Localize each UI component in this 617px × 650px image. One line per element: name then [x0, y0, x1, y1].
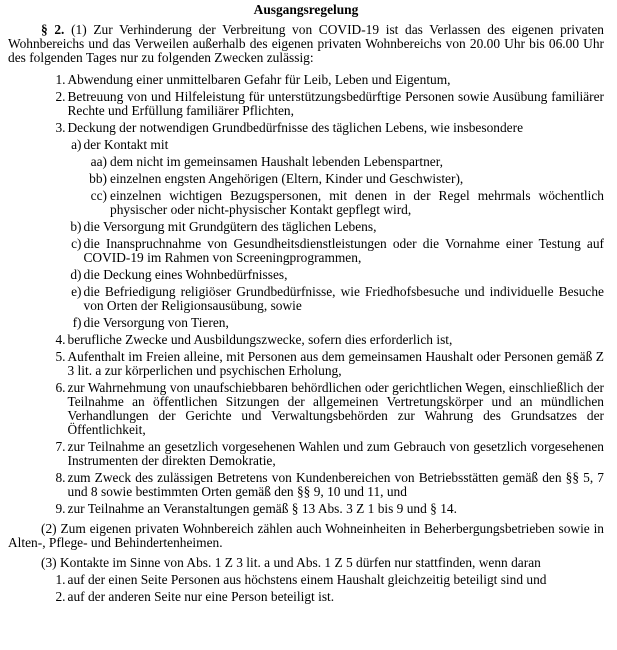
paragraph-text: (1) Zur Verhinderung der Verbreitung von…	[8, 22, 604, 65]
list-item: 9.zur Teilnahme an Veranstaltungen gemäß…	[8, 502, 604, 516]
list-item-text: auf der einen Seite Personen aus höchste…	[68, 572, 547, 587]
list-item: bb)einzelnen engsten Angehörigen (Eltern…	[8, 172, 604, 186]
list-item-text: zum Zweck des zulässigen Betretens von K…	[68, 470, 605, 499]
list-item: f)die Versorgung von Tieren,	[8, 316, 604, 330]
list-marker: 6.	[8, 381, 66, 395]
paragraph: (2) Zum eigenen privaten Wohnbereich zäh…	[8, 522, 604, 550]
list-marker: 7.	[8, 440, 66, 454]
list-marker: 1.	[8, 573, 66, 587]
list-item: 3.Deckung der notwendigen Grundbedürfnis…	[8, 121, 604, 135]
list-marker: 4.	[8, 333, 66, 347]
list-item-text: einzelnen engsten Angehörigen (Eltern, K…	[110, 171, 463, 186]
list-item: a)der Kontakt mit	[8, 138, 604, 152]
list-marker: 9.	[8, 502, 66, 516]
list-marker: d)	[8, 268, 82, 282]
list-item-text: auf der anderen Seite nur eine Person be…	[68, 589, 335, 604]
section-number: § 2.	[41, 22, 64, 37]
list-item-text: die Versorgung von Tieren,	[84, 315, 229, 330]
paragraph: (3) Kontakte im Sinne von Abs. 1 Z 3 lit…	[8, 556, 604, 570]
list-item: cc)einzelnen wichtigen Bezugspersonen, m…	[8, 189, 604, 217]
list-item-text: zur Teilnahme an gesetzlich vorgesehenen…	[68, 439, 605, 468]
list-item: d)die Deckung eines Wohnbedürfnisses,	[8, 268, 604, 282]
list-item-text: berufliche Zwecke und Ausbildungszwecke,…	[68, 332, 453, 347]
list-item: 2.auf der anderen Seite nur eine Person …	[8, 590, 604, 604]
list-marker: 2.	[8, 90, 66, 104]
list-item-text: Aufenthalt im Freien alleine, mit Person…	[68, 349, 605, 378]
list-marker: a)	[8, 138, 82, 152]
list-item: e)die Befriedigung religiöser Grundbedür…	[8, 285, 604, 313]
list-item: 5.Aufenthalt im Freien alleine, mit Pers…	[8, 350, 604, 378]
document-page: Ausgangsregelung § 2. (1) Zur Verhinderu…	[0, 0, 617, 650]
list-marker: aa)	[8, 155, 107, 169]
list-item: 1.auf der einen Seite Personen aus höchs…	[8, 573, 604, 587]
list-item-text: die Deckung eines Wohnbedürfnisses,	[84, 267, 288, 282]
list-item: b)die Versorgung mit Grundgütern des täg…	[8, 220, 604, 234]
list-marker: e)	[8, 285, 82, 299]
document-title: Ausgangsregelung	[8, 3, 604, 17]
list-item-text: der Kontakt mit	[84, 137, 169, 152]
list-item-text: einzelnen wichtigen Bezugspersonen, mit …	[110, 188, 604, 217]
list-marker: 2.	[8, 590, 66, 604]
paragraph: § 2. (1) Zur Verhinderung der Verbreitun…	[8, 23, 604, 65]
list-item: aa)dem nicht im gemeinsamen Haushalt leb…	[8, 155, 604, 169]
list-item: c)die Inanspruchnahme von Gesundheitsdie…	[8, 237, 604, 265]
list-item: 2.Betreuung von und Hilfeleistung für un…	[8, 90, 604, 118]
list-item-text: die Versorgung mit Grundgütern des tägli…	[84, 219, 377, 234]
list-marker: c)	[8, 237, 82, 251]
list-marker: b)	[8, 220, 82, 234]
list-item-text: Betreuung von und Hilfeleistung für unte…	[68, 89, 605, 118]
list-marker: f)	[8, 316, 82, 330]
list-marker: 3.	[8, 121, 66, 135]
list-item-text: die Befriedigung religiöser Grundbedürfn…	[84, 284, 605, 313]
list-item-text: Deckung der notwendigen Grundbedürfnisse…	[68, 120, 524, 135]
list-item: 8.zum Zweck des zulässigen Betretens von…	[8, 471, 604, 499]
list-item-text: zur Wahrnehmung von unaufschiebbaren beh…	[68, 380, 605, 437]
paragraph-text: (3) Kontakte im Sinne von Abs. 1 Z 3 lit…	[41, 555, 541, 570]
list-marker: 8.	[8, 471, 66, 485]
list-item: 4.berufliche Zwecke und Ausbildungszweck…	[8, 333, 604, 347]
list-item-text: die Inanspruchnahme von Gesundheitsdiens…	[84, 236, 605, 265]
list-item: 6.zur Wahrnehmung von unaufschiebbaren b…	[8, 381, 604, 437]
list-marker: 1.	[8, 73, 66, 87]
list-item: 7.zur Teilnahme an gesetzlich vorgesehen…	[8, 440, 604, 468]
list-marker: bb)	[8, 172, 107, 186]
paragraph-text: (2) Zum eigenen privaten Wohnbereich zäh…	[8, 521, 604, 550]
list-marker: cc)	[8, 189, 107, 203]
list-item-text: Abwendung einer unmittelbaren Gefahr für…	[68, 72, 451, 87]
list-marker: 5.	[8, 350, 66, 364]
list-item-text: dem nicht im gemeinsamen Haushalt lebend…	[110, 154, 443, 169]
list-item-text: zur Teilnahme an Veranstaltungen gemäß §…	[68, 501, 457, 516]
list-item: 1.Abwendung einer unmittelbaren Gefahr f…	[8, 73, 604, 87]
document-body: § 2. (1) Zur Verhinderung der Verbreitun…	[8, 23, 604, 604]
